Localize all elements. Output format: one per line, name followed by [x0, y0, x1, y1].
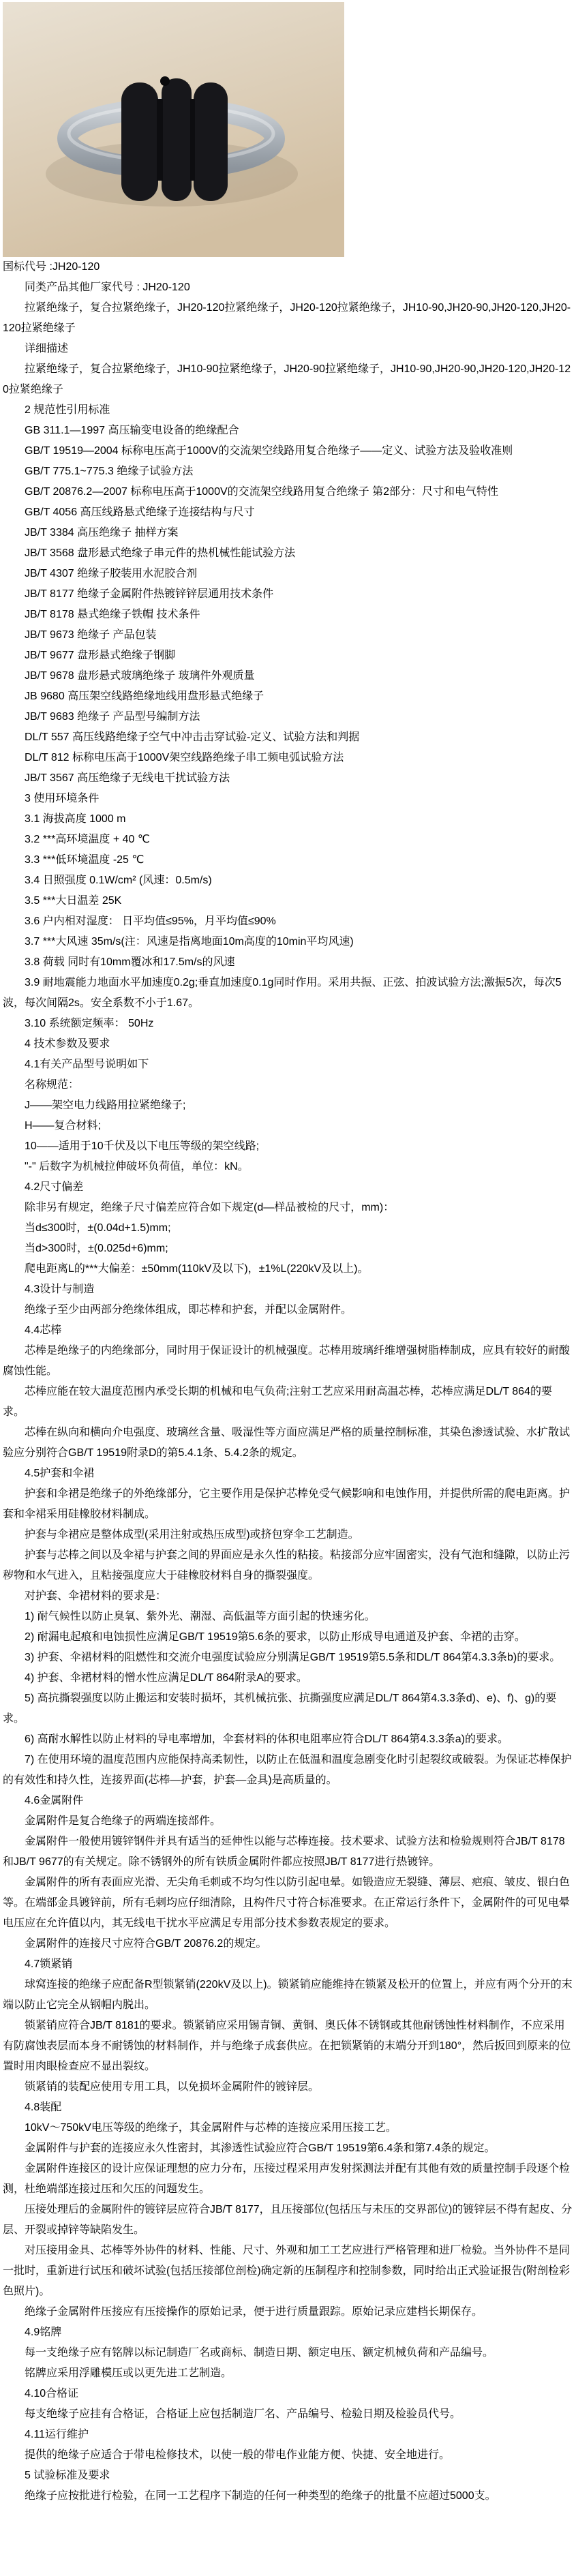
paragraph: 3.8 荷载 同时有10mm覆冰和17.5m/s的风速	[3, 952, 573, 973]
paragraph: 芯棒应能在较大温度范围内承受长期的机械和电气负荷;注射工艺应采用耐高温芯棒，芯棒…	[3, 1382, 573, 1423]
paragraph: 4.7锁紧销	[3, 1954, 573, 1975]
paragraph: JB/T 4307 绝缘子胶装用水泥胶合剂	[3, 564, 573, 584]
paragraph: 拉紧绝缘子，复合拉紧绝缘子，JH10-90拉紧绝缘子，JH20-90拉紧绝缘子，…	[3, 359, 573, 400]
paragraph: 护套和伞裙是绝缘子的外绝缘部分，它主要作用是保护芯棒免受气候影响和电蚀作用，并提…	[3, 1484, 573, 1525]
paragraph: 4.11运行维护	[3, 2425, 573, 2445]
paragraph: 3.10 系统额定频率： 50Hz	[3, 1014, 573, 1034]
paragraph: 5 试验标准及要求	[3, 2466, 573, 2486]
paragraph: 3.3 ***低环境温度 -25 ℃	[3, 850, 573, 870]
paragraph: 同类产品其他厂家代号 : JH20-120	[3, 277, 573, 298]
paragraph: 名称规范：	[3, 1075, 573, 1095]
paragraph: 护套与伞裙应是整体成型(采用注射或热压成型)或挤包穿伞工艺制造。	[3, 1525, 573, 1545]
paragraph: 金属附件是复合绝缘子的两端连接部件。	[3, 1811, 573, 1832]
paragraph: 10——适用于10千伏及以下电压等级的架空线路;	[3, 1136, 573, 1157]
product-photo[interactable]	[3, 2, 344, 257]
paragraph: 详细描述	[3, 339, 573, 359]
paragraph: 5) 高抗撕裂强度以防止搬运和安装时损坏，其机械抗张、抗撕强度应满足DL/T 8…	[3, 1688, 573, 1729]
paragraph: JB/T 9673 绝缘子 产品包装	[3, 625, 573, 646]
paragraph: 4) 护套、伞裙材料的憎水性应满足DL/T 864附录A的要求。	[3, 1668, 573, 1688]
paragraph: GB/T 19519—2004 标称电压高于1000V的交流架空线路用复合绝缘子…	[3, 441, 573, 461]
paragraph: 芯棒在纵向和横向介电强度、玻璃丝含量、吸湿性等方面应满足严格的质量控制标准，其染…	[3, 1423, 573, 1464]
paragraph: 铭牌应采用浮雕模压或以更先进工艺制造。	[3, 2363, 573, 2384]
paragraph: 对护套、伞裙材料的要求是：	[3, 1586, 573, 1607]
paragraph: 4.4芯棒	[3, 1320, 573, 1341]
paragraph: 护套与芯棒之间以及伞裙与护套之间的界面应是永久性的粘接。粘接部分应牢固密实，没有…	[3, 1545, 573, 1586]
paragraph: 每支绝缘子应挂有合格证，合格证上应包括制造厂名、产品编号、检验日期及检验员代号。	[3, 2404, 573, 2425]
paragraph: 1) 耐气候性以防止臭氧、紫外光、潮湿、高低温等方面引起的快速劣化。	[3, 1607, 573, 1627]
paragraph: GB 311.1—1997 高压输变电设备的绝缘配合	[3, 421, 573, 441]
paragraph: 3.4 日照强度 0.1W/cm² (风速：0.5m/s)	[3, 870, 573, 891]
paragraph: 爬电距离L的***大偏差：±50mm(110kV及以下)，±1%L(220kV及…	[3, 1259, 573, 1279]
paragraph: 3.9 耐地震能力地面水平加速度0.2g;垂直加速度0.1g同时作用。采用共振、…	[3, 973, 573, 1014]
paragraph: 锁紧销应符合JB/T 8181的要求。锁紧销应采用锡青铜、黄铜、奥氏体不锈钢或其…	[3, 2016, 573, 2077]
paragraph: GB/T 775.1~775.3 绝缘子试验方法	[3, 461, 573, 482]
paragraph: "-" 后数字为机械拉伸破坏负荷值，单位：kN。	[3, 1157, 573, 1177]
paragraph: 金属附件一般使用镀锌钢件并具有适当的延伸性以能与芯棒连接。技术要求、试验方法和检…	[3, 1832, 573, 1873]
paragraph: GB/T 4056 高压线路悬式绝缘子连接结构与尺寸	[3, 502, 573, 523]
paragraph: 压接处理后的金属附件的镀锌层应符合JB/T 8177，且压接部位(包括压与未压的…	[3, 2200, 573, 2241]
paragraph: JB/T 3384 高压绝缘子 抽样方案	[3, 523, 573, 543]
paragraph: 芯棒是绝缘子的内绝缘部分，同时用于保证设计的机械强度。芯棒用玻璃纤维增强树脂棒制…	[3, 1341, 573, 1382]
paragraph: 3.6 户内相对湿度： 日平均值≤95%，月平均值≤90%	[3, 911, 573, 932]
paragraph: 当d≤300时，±(0.04d+1.5)mm;	[3, 1218, 573, 1239]
paragraph: 拉紧绝缘子，复合拉紧绝缘子，JH20-120拉紧绝缘子，JH20-120拉紧绝缘…	[3, 298, 573, 339]
paragraph: 4.9铭牌	[3, 2322, 573, 2343]
paragraph: 锁紧销的装配应使用专用工具，以免损坏金属附件的镀锌层。	[3, 2077, 573, 2097]
paragraph: 绝缘子金属附件压接应有压接操作的原始记录，便于进行质量跟踪。原始记录应建档长期保…	[3, 2302, 573, 2322]
paragraph: JB/T 3568 盘形悬式绝缘子串元件的热机械性能试验方法	[3, 543, 573, 564]
paragraph: 金属附件与护套的连接应永久性密封，其渗透性试验应符合GB/T 19519第6.4…	[3, 2138, 573, 2159]
paragraph: 4.3设计与制造	[3, 1279, 573, 1300]
page-content: 国标代号 :JH20-120同类产品其他厂家代号 : JH20-120拉紧绝缘子…	[0, 0, 576, 2506]
paragraph: 3.1 海拔高度 1000 m	[3, 809, 573, 830]
insulator-body	[121, 76, 228, 201]
paragraph: 2 规范性引用标准	[3, 400, 573, 421]
paragraph: 4 技术参数及要求	[3, 1034, 573, 1055]
paragraph: 提供的绝缘子应适合于带电检修技术，以使一般的带电作业能方便、快捷、安全地进行。	[3, 2445, 573, 2466]
paragraph: 10kV～750kV电压等级的绝缘子，其金属附件与芯棒的连接应采用压接工艺。	[3, 2118, 573, 2138]
paragraph: 金属附件的连接尺寸应符合GB/T 20876.2的规定。	[3, 1934, 573, 1954]
paragraph: 对压接用金具、芯棒等外协件的材料、性能、尺寸、外观和加工工艺应进行严格管理和进厂…	[3, 2241, 573, 2302]
paragraph: 当d>300时，±(0.025d+6)mm;	[3, 1239, 573, 1259]
paragraph: 球窝连接的绝缘子应配备R型锁紧销(220kV及以上)。锁紧销应能维持在锁紧及松开…	[3, 1975, 573, 2016]
paragraph: 3) 护套、伞裙材料的阻燃性和交流介电强度试验应分别满足GB/T 19519第5…	[3, 1648, 573, 1668]
paragraph: 3.5 ***大日温差 25K	[3, 891, 573, 911]
paragraph: 金属附件连接区的设计应保证理想的应力分布，压接过程采用声发射探测法并配有其他有效…	[3, 2159, 573, 2200]
paragraph: JB/T 3567 高压绝缘子无线电干扰试验方法	[3, 768, 573, 789]
paragraph: 4.6金属附件	[3, 1791, 573, 1811]
paragraph: 3.7 ***大风速 35m/s(注：风速是指离地面10m高度的10min平均风…	[3, 932, 573, 952]
paragraph: 绝缘子至少由两部分绝缘体组成，即芯棒和护套，并配以金属附件。	[3, 1300, 573, 1320]
paragraph: JB/T 8177 绝缘子金属附件热镀锌锌层通用技术条件	[3, 584, 573, 605]
paragraph: 除非另有规定，绝缘子尺寸偏差应符合如下规定(d—样品被检的尺寸，mm)：	[3, 1198, 573, 1218]
paragraph: JB/T 9678 盘形悬式玻璃绝缘子 玻璃件外观质量	[3, 666, 573, 686]
paragraph: 3.2 ***高环境温度 + 40 ℃	[3, 830, 573, 850]
paragraph: 4.5护套和伞裙	[3, 1464, 573, 1484]
paragraph: 4.10合格证	[3, 2384, 573, 2404]
rubber-nub	[160, 76, 170, 86]
paragraph: 3 使用环境条件	[3, 789, 573, 809]
paragraph: 2) 耐漏电起痕和电蚀损性应满足GB/T 19519第5.6条的要求，以防止形成…	[3, 1627, 573, 1648]
paragraph: 每一支绝缘子应有铭牌以标记制造厂名或商标、制造日期、额定电压、额定机械负荷和产品…	[3, 2343, 573, 2363]
paragraph: 4.8装配	[3, 2097, 573, 2118]
paragraph: DL/T 812 标称电压高于1000V架空线路绝缘子串工频电弧试验方法	[3, 748, 573, 768]
paragraph: 7) 在使用环境的温度范围内应能保持高柔韧性，以防止在低温和温度急剧变化时引起裂…	[3, 1750, 573, 1791]
paragraph: JB/T 9677 盘形悬式绝缘子钢脚	[3, 646, 573, 666]
paragraph: 4.2尺寸偏差	[3, 1177, 573, 1198]
paragraph: J——架空电力线路用拉紧绝缘子;	[3, 1095, 573, 1116]
document-body: 国标代号 :JH20-120同类产品其他厂家代号 : JH20-120拉紧绝缘子…	[3, 257, 573, 2506]
paragraph: H——复合材料;	[3, 1116, 573, 1136]
product-photo-illustration	[3, 2, 344, 257]
paragraph: 6) 高耐水解性以防止材料的导电率增加，伞套材料的体积电阻率应符合DL/T 86…	[3, 1729, 573, 1750]
paragraph: JB/T 8178 悬式绝缘子铁帽 技术条件	[3, 605, 573, 625]
paragraph: 绝缘子应按批进行检验，在同一工艺程序下制造的任何一种类型的绝缘子的批量不应超过5…	[3, 2486, 573, 2506]
paragraph: JB 9680 高压架空线路绝缘地线用盘形悬式绝缘子	[3, 686, 573, 707]
paragraph: 国标代号 :JH20-120	[3, 257, 573, 277]
paragraph: DL/T 557 高压线路绝缘子空气中冲击击穿试验-定义、试验方法和判据	[3, 727, 573, 748]
paragraph: GB/T 20876.2—2007 标称电压高于1000V的交流架空线路用复合绝…	[3, 482, 573, 502]
paragraph: 4.1有关产品型号说明如下	[3, 1055, 573, 1075]
paragraph: JB/T 9683 绝缘子 产品型号编制方法	[3, 707, 573, 727]
paragraph: 金属附件的所有表面应光滑、无尖角毛刺或不均匀性以防引起电晕。如锻造应无裂缝、薄层…	[3, 1873, 573, 1934]
